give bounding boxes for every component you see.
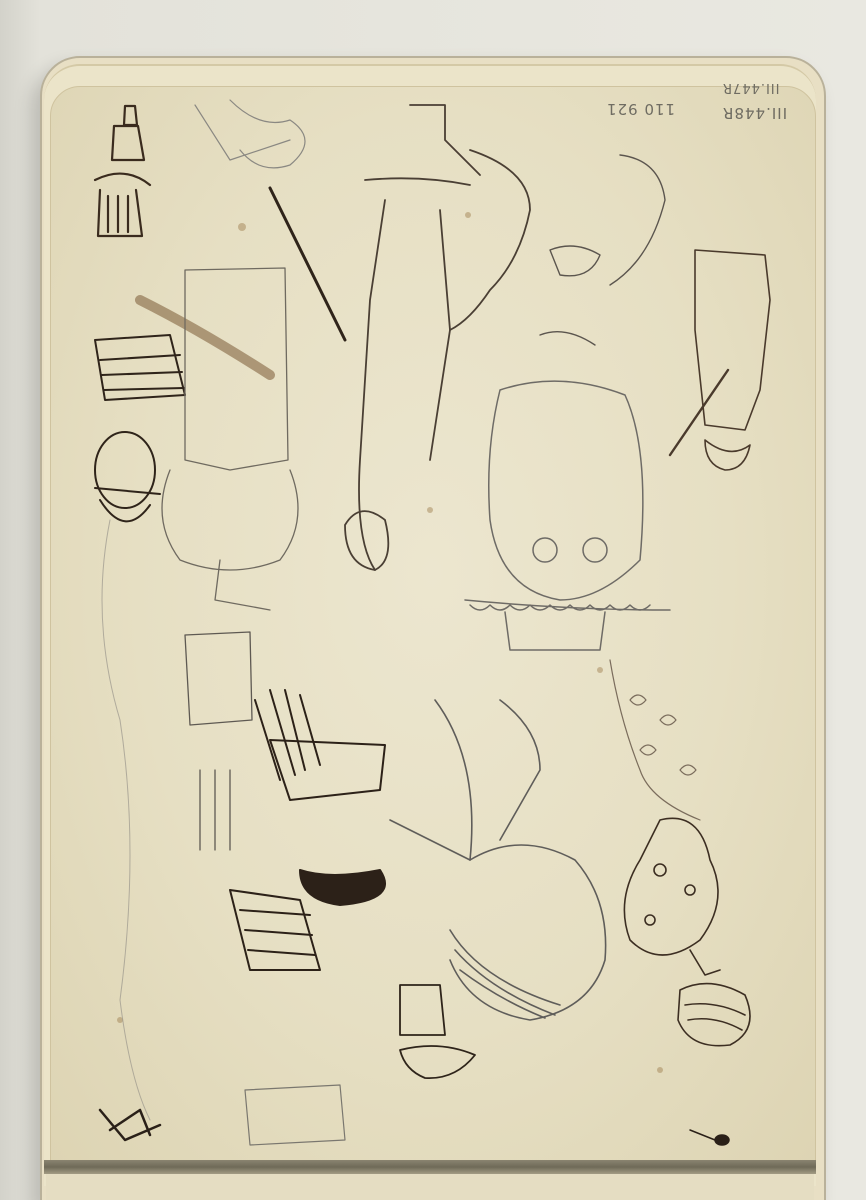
sketch-drawings [0, 0, 866, 1200]
sketch-woman-right [624, 818, 750, 1045]
sketch-hat-figure [95, 106, 150, 236]
sketch-faint-lines [102, 520, 150, 1120]
paper-stains [117, 212, 663, 1073]
sketch-heads-top-right [540, 155, 665, 345]
sketch-pencil-profile-top [195, 100, 305, 168]
brown-smear [140, 300, 270, 375]
sketch-small-hat [400, 985, 475, 1078]
sketch-man-left [95, 335, 185, 521]
sketch-pencil-rectangle [245, 1085, 345, 1145]
sketch-pencil-head-center [465, 381, 670, 650]
sketch-pencil-head-lower [390, 700, 606, 1020]
sketch-bottom-right-mark [690, 1130, 729, 1145]
sketch-pencil-box [185, 632, 252, 850]
sketch-hatched-figure [230, 690, 385, 970]
sketch-stick [270, 188, 345, 340]
sketch-pencil-squiggles [610, 660, 700, 820]
sketch-central-figure [345, 105, 530, 570]
sketch-bottom-left-mark [100, 1110, 160, 1140]
sketch-stick-figure-right [670, 250, 770, 470]
